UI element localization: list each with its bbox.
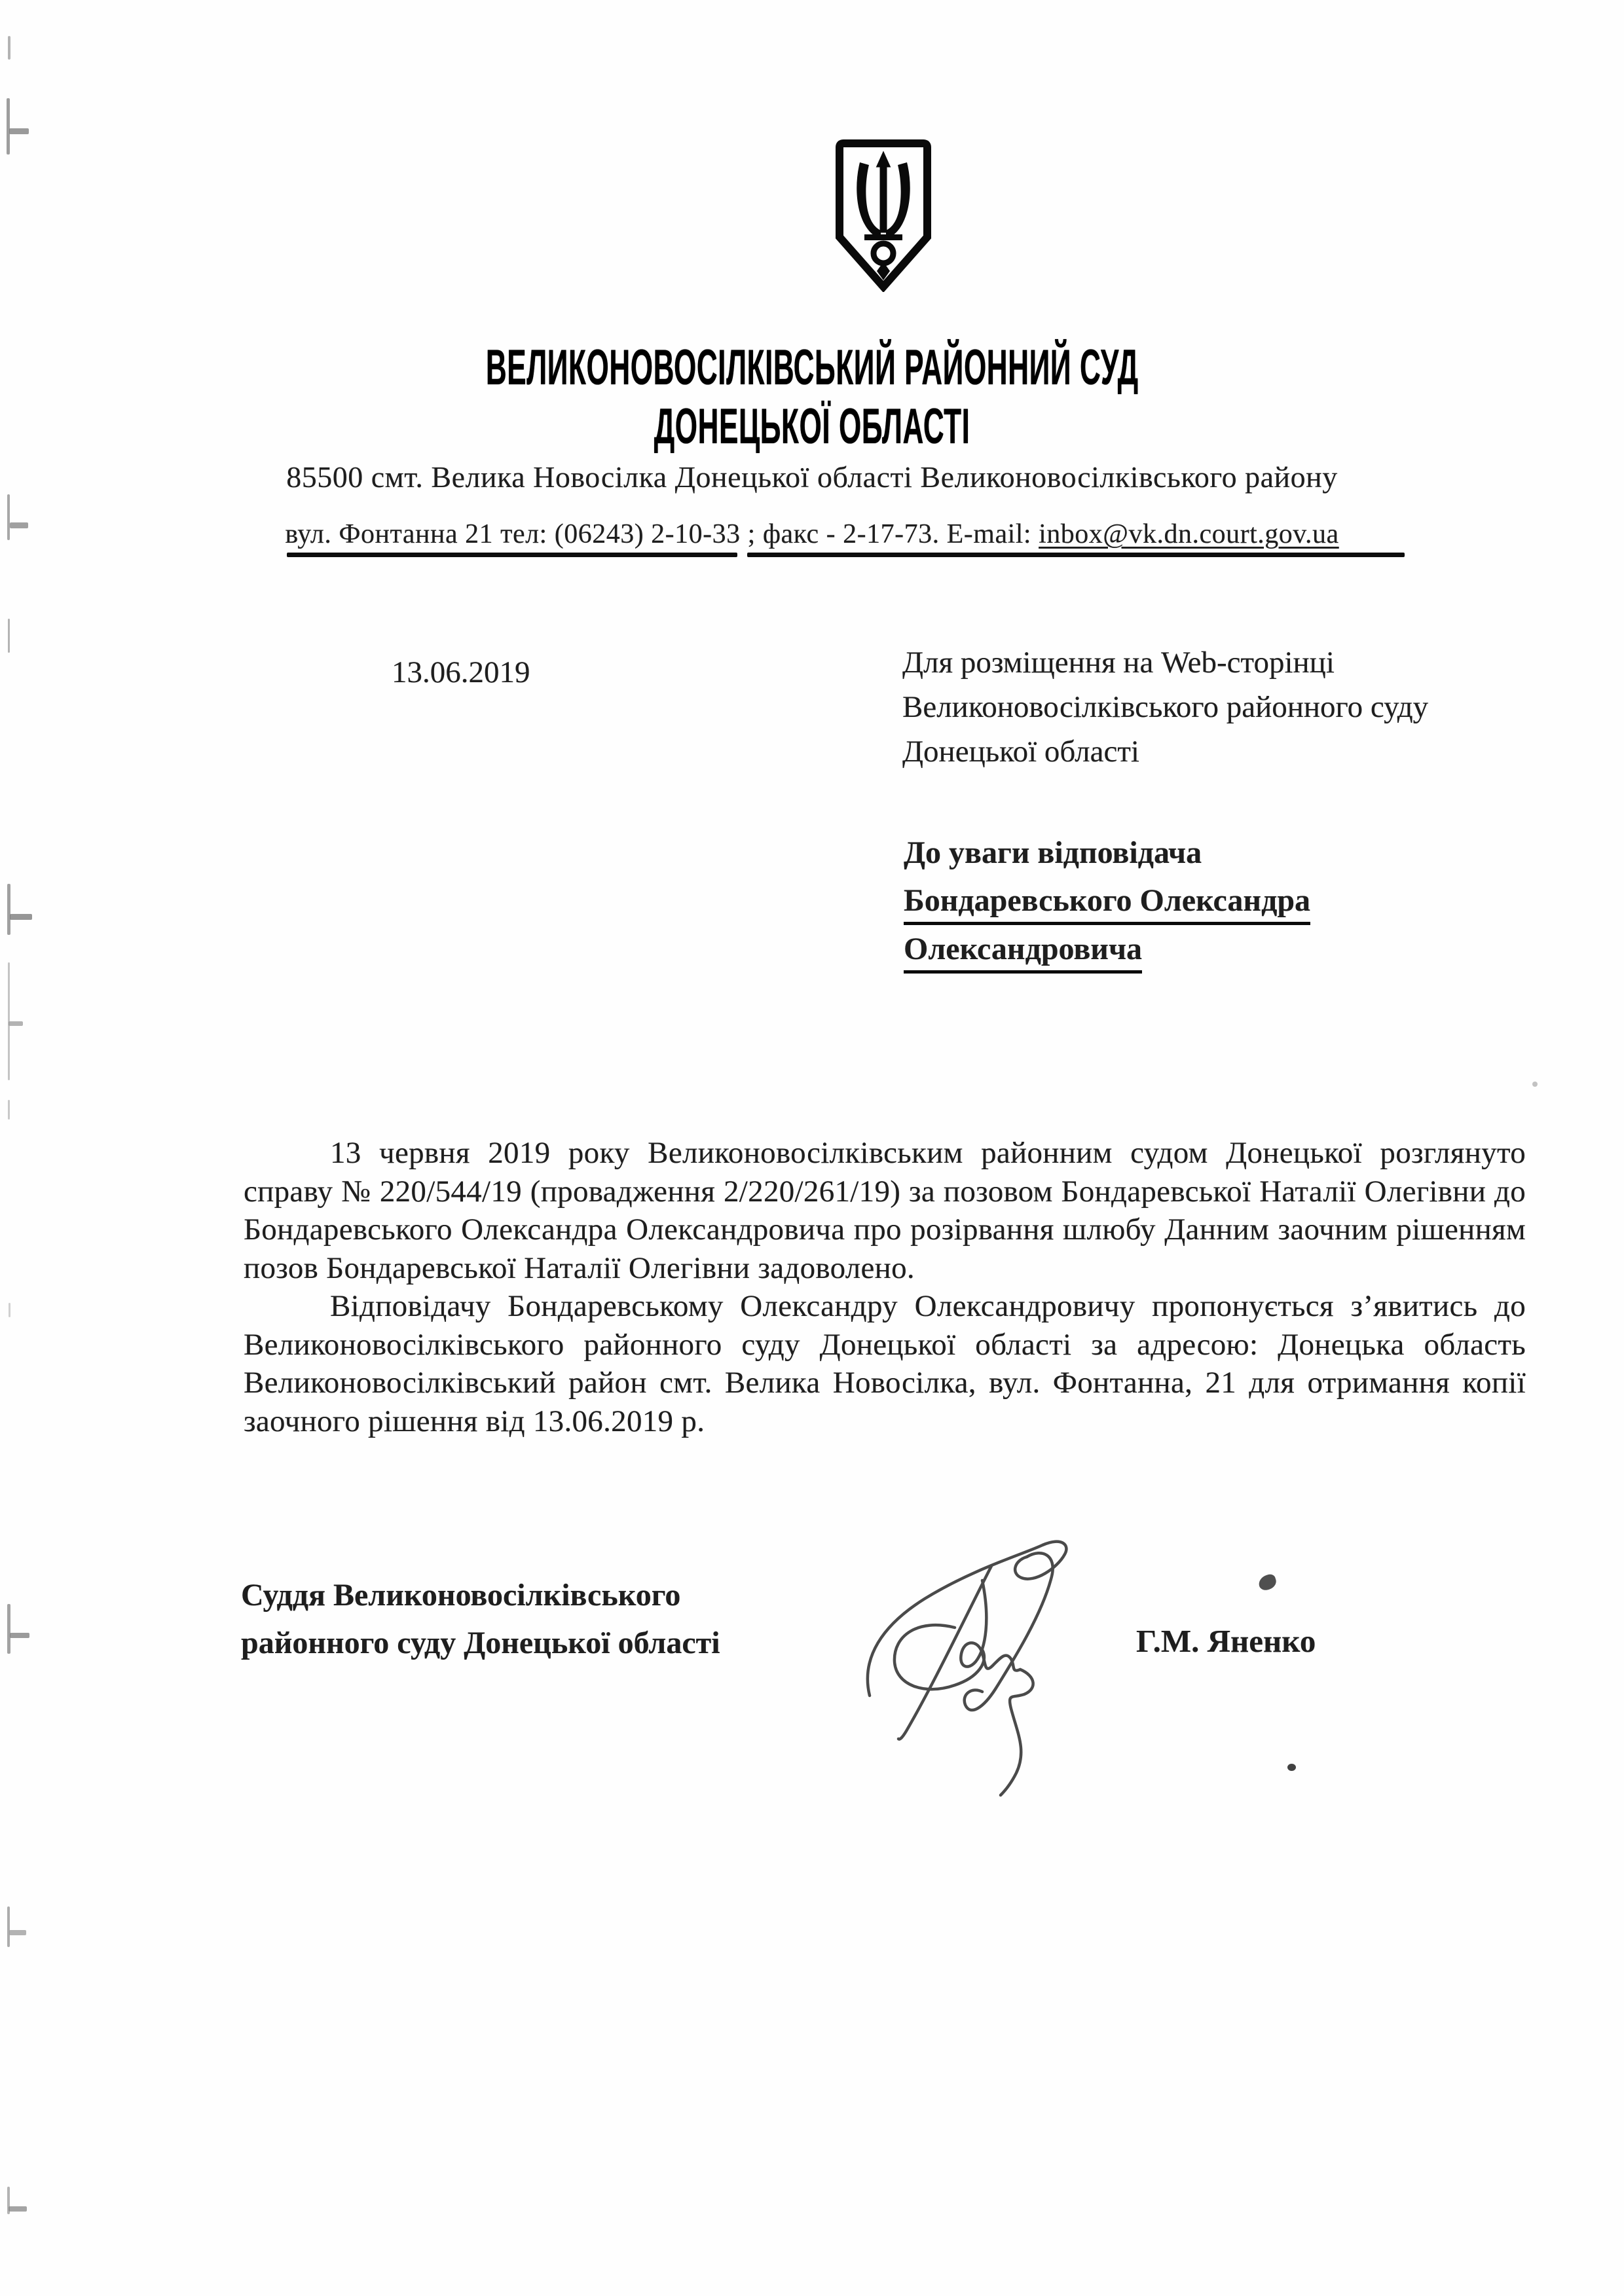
- scanned-court-letter-page: ВЕЛИКОНОВОСІЛКІВСЬКИЙ РАЙОННИЙ СУД ДОНЕЦ…: [0, 0, 1624, 2296]
- letter-date: 13.06.2019: [392, 655, 530, 690]
- body-paragraph-2: Відповідачу Бондаревському Олександру Ол…: [244, 1287, 1526, 1440]
- scan-speck: [1532, 1082, 1538, 1087]
- ink-blot-small: [1287, 1764, 1296, 1771]
- header-rule-left: [287, 553, 737, 557]
- ukraine-trident-emblem-icon: [836, 139, 931, 292]
- judge-title-block: Суддя Великоновосілківського районного с…: [241, 1571, 720, 1667]
- scan-artifact: [7, 98, 10, 155]
- scan-artifact: [10, 1633, 29, 1638]
- scan-artifact: [10, 522, 28, 528]
- court-title-line1: ВЕЛИКОНОВОСІЛКІВСЬКИЙ РАЙОННИЙ СУД: [486, 339, 1139, 396]
- attention-heading: До уваги відповідача: [904, 829, 1310, 877]
- address-line2-text: вул. Фонтанна 21 тел: (06243) 2-10-33 ; …: [285, 519, 1039, 549]
- court-email: inbox@vk.dn.court.gov.ua: [1039, 519, 1339, 549]
- web-note-line2: Великоновосілківського районного суду: [902, 685, 1428, 729]
- web-posting-note: Для розміщення на Web-сторінці Великонов…: [902, 640, 1428, 774]
- scan-artifact: [7, 494, 10, 540]
- handwritten-signature-icon: [826, 1520, 1101, 1808]
- scan-artifact: [9, 1021, 23, 1026]
- court-title-line2-row: ДОНЕЦЬКОЇ ОБЛАСТІ: [0, 398, 1624, 455]
- web-note-line3: Донецької області: [902, 729, 1428, 774]
- scan-artifact: [9, 1930, 26, 1935]
- header-rule-right: [747, 553, 1405, 557]
- judge-title-line2: районного суду Донецької області: [241, 1619, 720, 1667]
- court-title-line1-row: ВЕЛИКОНОВОСІЛКІВСЬКИЙ РАЙОННИЙ СУД: [0, 339, 1624, 396]
- address-line2-row: вул. Фонтанна 21 тел: (06243) 2-10-33 ; …: [0, 519, 1624, 550]
- address-line1: 85500 смт. Велика Новосілка Донецької об…: [286, 460, 1338, 494]
- scan-artifact: [9, 2206, 27, 2212]
- scan-artifact: [9, 1303, 10, 1317]
- scan-artifact: [7, 884, 10, 935]
- scan-artifact: [9, 128, 29, 134]
- scan-artifact: [8, 36, 10, 60]
- judge-title-line1: Суддя Великоновосілківського: [241, 1571, 720, 1619]
- ink-blot: [1257, 1573, 1278, 1592]
- web-note-line1: Для розміщення на Web-сторінці: [902, 640, 1428, 685]
- recipient-name-line2: Олександровича: [904, 925, 1310, 974]
- scan-artifact: [10, 914, 32, 920]
- address-line1-row: 85500 смт. Велика Новосілка Донецької об…: [0, 460, 1624, 494]
- recipient-block: До уваги відповідача Бондаревського Олек…: [904, 829, 1310, 974]
- scan-artifact: [8, 1100, 10, 1120]
- judge-name: Г.М. Яненко: [1136, 1622, 1316, 1660]
- court-title-line2: ДОНЕЦЬКОЇ ОБЛАСТІ: [654, 398, 970, 455]
- scan-artifact: [8, 619, 10, 653]
- address-line2: вул. Фонтанна 21 тел: (06243) 2-10-33 ; …: [285, 519, 1338, 550]
- scan-artifact: [7, 1906, 10, 1947]
- letter-body: 13 червня 2019 року Великоновосілківськи…: [244, 1134, 1526, 1440]
- recipient-name-line1: Бондаревського Олександра: [904, 877, 1310, 925]
- body-paragraph-1: 13 червня 2019 року Великоновосілківськи…: [244, 1134, 1526, 1287]
- scan-artifact: [7, 1604, 10, 1654]
